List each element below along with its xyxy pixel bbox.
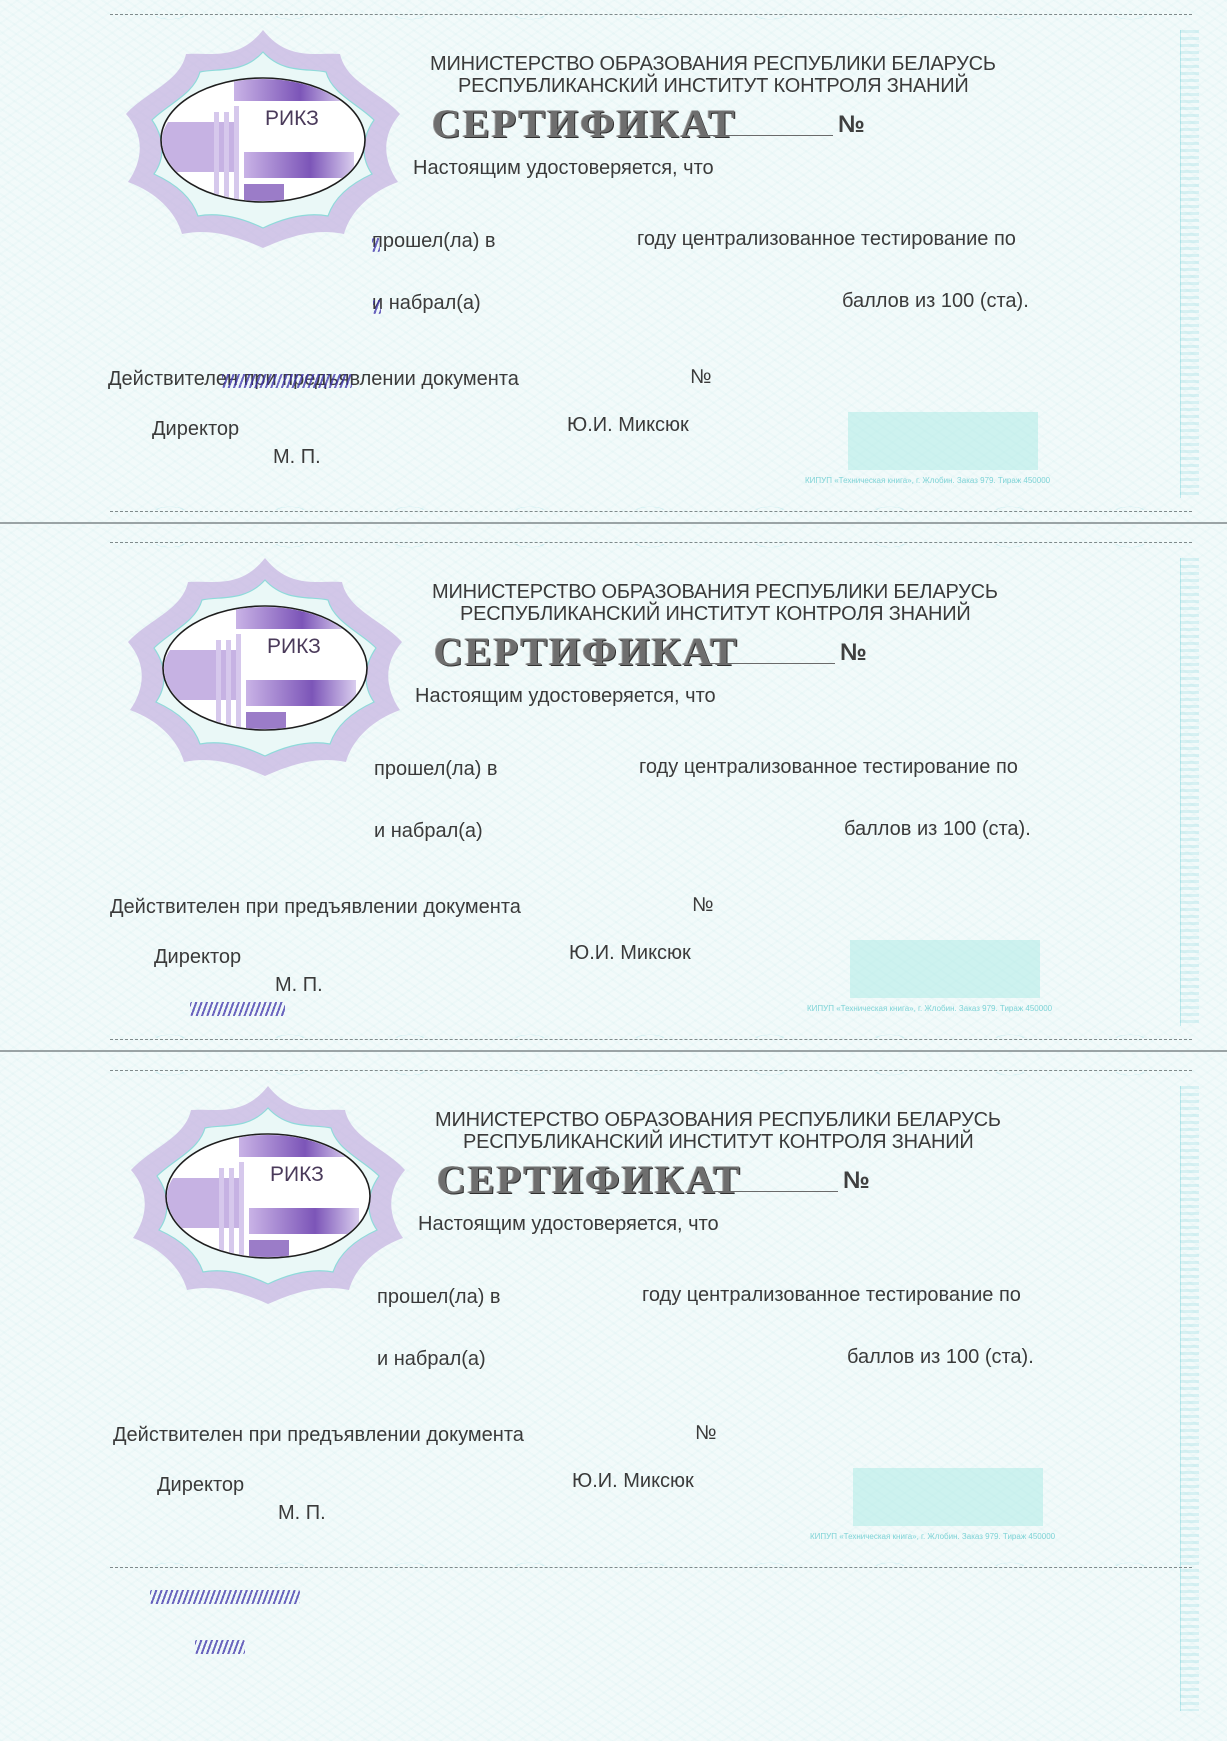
- ministry-line-1: МИНИСТЕРСТВО ОБРАЗОВАНИЯ РЕСПУБЛИКИ БЕЛА…: [435, 1109, 1105, 1131]
- ministry-line-1: МИНИСТЕРСТВО ОБРАЗОВАНИЯ РЕСПУБЛИКИ БЕЛА…: [430, 53, 1100, 75]
- valid-text: Действителен при предъявлении документа: [113, 1424, 524, 1447]
- points-text: баллов из 100 (ста).: [844, 818, 1031, 841]
- pen-ink-mark: [222, 374, 352, 388]
- rikz-logo-rosette-icon: [118, 22, 408, 252]
- year-test-text: году централизованное тестирование по: [637, 228, 1016, 251]
- guilloche-border-bottom: [110, 1016, 1192, 1038]
- pen-ink-mark: [190, 1002, 285, 1016]
- printer-imprint: КИПУП «Техническая книга», г. Жлобин. За…: [807, 1004, 1052, 1013]
- valid-text: Действителен при предъявлении документа: [110, 896, 521, 919]
- scored-text: и набрал(а): [372, 292, 481, 315]
- rikz-logo-rosette-icon: [120, 550, 410, 780]
- director-label: Директор: [154, 946, 241, 969]
- certificate-title: СЕРТИФИКАТ: [437, 1156, 742, 1203]
- certificate-number-field[interactable]: [703, 135, 833, 136]
- passed-in-text: прошел(ла) в: [377, 1286, 501, 1309]
- certificate-title: СЕРТИФИКАТ: [434, 628, 739, 675]
- ministry-line-2: РЕСПУБЛИКАНСКИЙ ИНСТИТУТ КОНТРОЛЯ ЗНАНИЙ: [435, 1131, 1105, 1153]
- ministry-header: МИНИСТЕРСТВО ОБРАЗОВАНИЯ РЕСПУБЛИКИ БЕЛА…: [435, 1109, 1105, 1153]
- certificate-number-label: №: [838, 111, 865, 139]
- certificate-number-label: №: [840, 639, 867, 667]
- year-test-text: году централизованное тестирование по: [639, 756, 1018, 779]
- points-text: баллов из 100 (ста).: [847, 1346, 1034, 1369]
- director-name: Ю.И. Миксюк: [569, 942, 691, 965]
- logo-text: РИКЗ: [270, 1163, 324, 1187]
- logo-text: РИКЗ: [267, 635, 321, 659]
- seal-place-label: М. П.: [273, 446, 321, 469]
- guilloche-border-right: [1180, 30, 1199, 498]
- ministry-line-2: РЕСПУБЛИКАНСКИЙ ИНСТИТУТ КОНТРОЛЯ ЗНАНИЙ: [432, 603, 1102, 625]
- certificate-number-label: №: [843, 1167, 870, 1195]
- passed-in-text: прошел(ла) в: [374, 758, 498, 781]
- document-number-label: №: [692, 894, 713, 917]
- ministry-line-1: МИНИСТЕРСТВО ОБРАЗОВАНИЯ РЕСПУБЛИКИ БЕЛА…: [432, 581, 1102, 603]
- ministry-line-2: РЕСПУБЛИКАНСКИЙ ИНСТИТУТ КОНТРОЛЯ ЗНАНИЙ: [430, 75, 1100, 97]
- sheet-separator: [0, 522, 1227, 524]
- pen-ink-mark: [372, 238, 380, 252]
- printer-imprint: КИПУП «Техническая книга», г. Жлобин. За…: [805, 476, 1050, 485]
- pen-ink-mark: [195, 1640, 245, 1654]
- director-name: Ю.И. Миксюк: [567, 414, 689, 437]
- seal-place-label: М. П.: [278, 1502, 326, 1525]
- logo-text: РИКЗ: [265, 107, 319, 131]
- scored-text: и набрал(а): [374, 820, 483, 843]
- document-number-label: №: [690, 366, 711, 389]
- certificate: РИКЗ МИНИСТЕРСТВО ОБРАЗОВАНИЯ РЕСПУБЛИКИ…: [0, 0, 1227, 528]
- ministry-header: МИНИСТЕРСТВО ОБРАЗОВАНИЯ РЕСПУБЛИКИ БЕЛА…: [432, 581, 1102, 625]
- passed-in-text: прошел(ла) в: [372, 230, 496, 253]
- certificate-number-field[interactable]: [708, 1191, 838, 1192]
- scored-text: и набрал(а): [377, 1348, 486, 1371]
- certificate-number-field[interactable]: [705, 663, 835, 664]
- guilloche-border-bottom: [110, 1544, 1192, 1566]
- certificate: РИКЗ МИНИСТЕРСТВО ОБРАЗОВАНИЯ РЕСПУБЛИКИ…: [0, 528, 1227, 1056]
- bottom-border-line: [110, 1039, 1192, 1041]
- ministry-header: МИНИСТЕРСТВО ОБРАЗОВАНИЯ РЕСПУБЛИКИ БЕЛА…: [430, 53, 1100, 97]
- rikz-logo-rosette-icon: [123, 1078, 413, 1308]
- guilloche-border-right: [1180, 558, 1199, 1026]
- printer-imprint: КИПУП «Техническая книга», г. Жлобин. За…: [810, 1532, 1055, 1541]
- sheet-separator: [0, 1050, 1227, 1052]
- certify-text: Настоящим удостоверяется, что: [413, 157, 714, 180]
- director-name: Ю.И. Миксюк: [572, 1470, 694, 1493]
- bottom-border-line: [110, 1567, 1192, 1569]
- points-text: баллов из 100 (ста).: [842, 290, 1029, 313]
- pen-ink-mark: [150, 1590, 300, 1604]
- director-label: Директор: [157, 1474, 244, 1497]
- certificate-title: СЕРТИФИКАТ: [432, 100, 737, 147]
- guilloche-border-bottom: [110, 488, 1192, 510]
- pen-ink-mark: [373, 300, 381, 314]
- guilloche-border-right: [1180, 1086, 1199, 1711]
- seal-place-label: М. П.: [275, 974, 323, 997]
- bottom-border-line: [110, 511, 1192, 513]
- year-test-text: году централизованное тестирование по: [642, 1284, 1021, 1307]
- certify-text: Настоящим удостоверяется, что: [415, 685, 716, 708]
- stamp-area: [848, 412, 1038, 470]
- stamp-area: [853, 1468, 1043, 1526]
- director-label: Директор: [152, 418, 239, 441]
- document-number-label: №: [695, 1422, 716, 1445]
- certificate: РИКЗ МИНИСТЕРСТВО ОБРАЗОВАНИЯ РЕСПУБЛИКИ…: [0, 1056, 1227, 1741]
- certify-text: Настоящим удостоверяется, что: [418, 1213, 719, 1236]
- stamp-area: [850, 940, 1040, 998]
